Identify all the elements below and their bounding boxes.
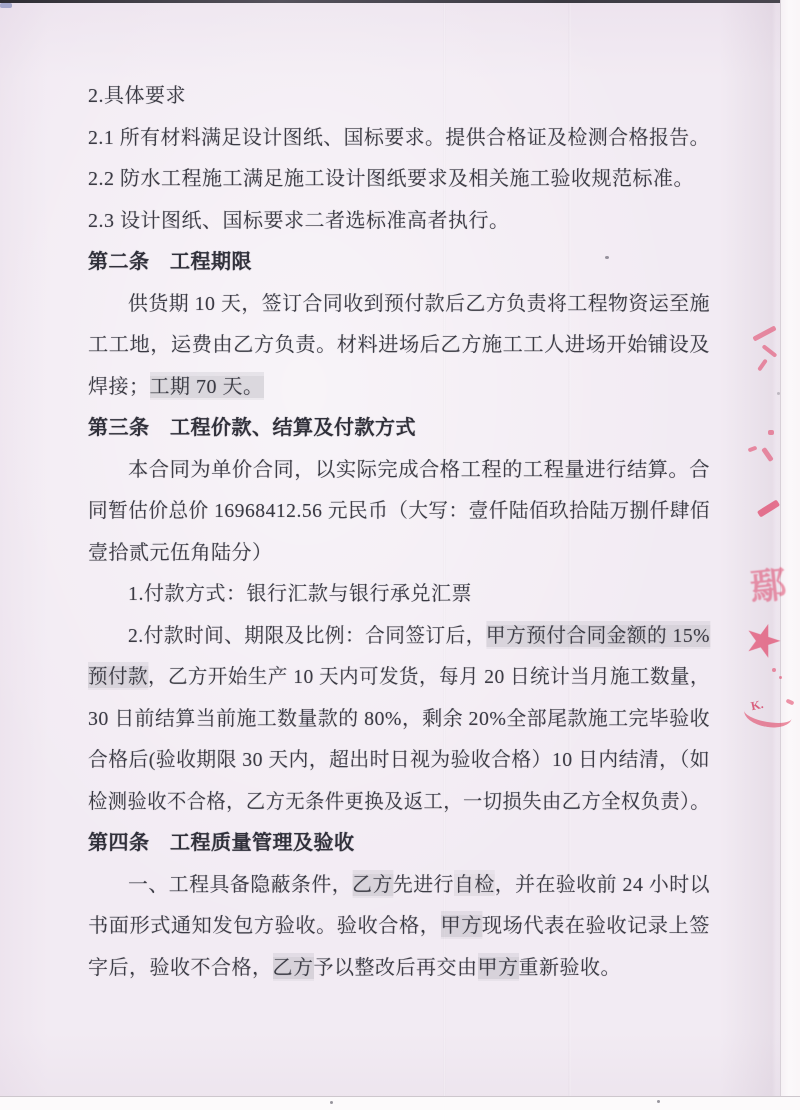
highlighted-text: 乙方 xyxy=(352,874,393,896)
text-line: 检测验收不合格，乙方无条件更换及返工，一切损失由乙方全权负责）。 xyxy=(88,782,710,824)
paper-right-edge xyxy=(780,0,800,1097)
text-line: 30 日前结算当前施工数量款的 80%，剩余 20%全部尾款施工完毕验收 xyxy=(88,699,710,741)
stamp-stroke xyxy=(768,430,774,435)
text-line: 一、工程具备隐蔽条件，乙方先进行自检，并在验收前 24 小时以 xyxy=(88,865,710,907)
text-segment: 先进行 xyxy=(393,874,454,896)
text-segment: 2.具体要求 xyxy=(88,85,186,107)
text-segment: 供货期 10 天，签订合同收到预付款后乙方负责将工程物资运至施 xyxy=(128,293,710,315)
line-text: 2.具体要求 xyxy=(88,76,186,118)
text-segment: 2.付款时间、期限及比例：合同签订后， xyxy=(128,625,486,647)
highlighted-text: 乙方 xyxy=(273,957,314,979)
text-line: 焊接；工期 70 天。 xyxy=(88,367,710,409)
text-line: 壹拾贰元伍角陆分） xyxy=(88,533,710,575)
document-lines: 2.具体要求2.1 所有材料满足设计图纸、国标要求。提供合格证及检测合格报告。2… xyxy=(88,76,710,989)
stamp-stroke xyxy=(752,325,776,341)
line-text: 第三条 工程价款、结算及付款方式 xyxy=(88,408,416,450)
text-line: 合格后(验收期限 30 天内，超出时日视为验收合格）10 日内结清，（如 xyxy=(88,740,710,782)
line-text: 2.3 设计图纸、国标要求二者选标准高者执行。 xyxy=(88,201,510,243)
line-text: 同暂估价总价 16968412.56 元民币（大写：壹仟陆佰玖拾陆万捌仟肆佰 xyxy=(88,491,710,533)
line-text: 2.1 所有材料满足设计图纸、国标要求。提供合格证及检测合格报告。 xyxy=(88,118,710,160)
highlighted-text: 自检 xyxy=(454,874,495,896)
text-segment: 一、工程具备隐蔽条件， xyxy=(128,874,352,896)
highlighted-text: 预付款 xyxy=(88,666,148,688)
line-text: 焊接；工期 70 天。 xyxy=(88,367,264,409)
text-segment: 2.3 设计图纸、国标要求二者选标准高者执行。 xyxy=(88,210,510,232)
dust-speck xyxy=(657,1100,660,1103)
text-line: 本合同为单价合同，以实际完成合格工程的工程量进行结算。合 xyxy=(88,450,710,492)
text-segment: ，并在验收前 24 小时以 xyxy=(495,874,710,896)
line-text: 第二条 工程期限 xyxy=(88,242,252,284)
text-line: 书面形式通知发包方验收。验收合格，甲方现场代表在验收记录上签 xyxy=(88,906,710,948)
paper-bottom-edge xyxy=(0,1096,800,1110)
section-heading: 第三条 工程价款、结算及付款方式 xyxy=(88,408,710,450)
text-line: 2.具体要求 xyxy=(88,76,710,118)
stamp-stroke xyxy=(772,668,776,672)
text-segment: 本合同为单价合同，以实际完成合格工程的工程量进行结算。合 xyxy=(128,459,710,481)
text-segment: ，乙方开始生产 10 天内可发货，每月 20 日统计当月施工数量， xyxy=(148,666,710,688)
text-segment: 焊接； xyxy=(88,376,150,398)
dust-speck xyxy=(777,392,780,395)
text-line: 2.1 所有材料满足设计图纸、国标要求。提供合格证及检测合格报告。 xyxy=(88,118,710,160)
text-segment: 工工地，运费由乙方负责。材料进场后乙方施工工人进场开始铺设及 xyxy=(88,334,710,356)
text-segment: 重新验收。 xyxy=(519,957,622,979)
text-segment: 检测验收不合格，乙方无条件更换及返工，一切损失由乙方全权负责）。 xyxy=(88,791,710,813)
line-text: 壹拾贰元伍角陆分） xyxy=(88,533,273,575)
line-text: 合格后(验收期限 30 天内，超出时日视为验收合格）10 日内结清，（如 xyxy=(88,740,710,782)
line-text: 本合同为单价合同，以实际完成合格工程的工程量进行结算。合 xyxy=(128,450,710,492)
stamp-stroke xyxy=(757,359,768,372)
stamp-stroke xyxy=(757,499,780,517)
stamp-stroke xyxy=(761,447,774,462)
line-text: 预付款，乙方开始生产 10 天内可发货，每月 20 日统计当月施工数量， xyxy=(88,657,710,699)
line-text: 2.2 防水工程施工满足施工设计图纸要求及相关施工验收规范标准。 xyxy=(88,159,694,201)
highlighted-text: 甲方 xyxy=(440,915,481,937)
text-line: 同暂估价总价 16968412.56 元民币（大写：壹仟陆佰玖拾陆万捌仟肆佰 xyxy=(88,491,710,533)
line-text: 一、工程具备隐蔽条件，乙方先进行自检，并在验收前 24 小时以 xyxy=(128,865,710,907)
text-line: 工工地，运费由乙方负责。材料进场后乙方施工工人进场开始铺设及 xyxy=(88,325,710,367)
line-text: 30 日前结算当前施工数量款的 80%，剩余 20%全部尾款施工完毕验收 xyxy=(88,699,710,741)
line-text: 2.付款时间、期限及比例：合同签订后，甲方预付合同金额的 15% xyxy=(128,616,710,658)
line-text: 书面形式通知发包方验收。验收合格，甲方现场代表在验收记录上签 xyxy=(88,906,710,948)
text-segment: 合格后(验收期限 30 天内，超出时日视为验收合格）10 日内结清，（如 xyxy=(88,749,710,771)
section-heading: 第二条 工程期限 xyxy=(88,242,710,284)
stamp-stroke xyxy=(762,344,778,358)
text-line: 字后，验收不合格，乙方予以整改后再交由甲方重新验收。 xyxy=(88,948,710,990)
line-text: 1.付款方式：银行汇款与银行承兑汇票 xyxy=(128,574,472,616)
text-segment: 1.付款方式：银行汇款与银行承兑汇票 xyxy=(128,583,472,605)
stamp-seal-text: K. xyxy=(750,697,765,714)
line-text: 字后，验收不合格，乙方予以整改后再交由甲方重新验收。 xyxy=(88,948,621,990)
text-segment: 第四条 工程质量管理及验收 xyxy=(88,832,355,854)
stamp-stroke xyxy=(748,446,758,453)
scan-top-edge xyxy=(0,0,800,3)
dust-speck xyxy=(330,1101,333,1104)
text-segment: 第二条 工程期限 xyxy=(88,251,252,273)
line-text: 检测验收不合格，乙方无条件更换及返工，一切损失由乙方全权负责）。 xyxy=(88,782,710,824)
text-line: 2.付款时间、期限及比例：合同签订后，甲方预付合同金额的 15% xyxy=(88,616,710,658)
line-text: 工工地，运费由乙方负责。材料进场后乙方施工工人进场开始铺设及 xyxy=(88,325,710,367)
text-segment: 予以整改后再交由 xyxy=(314,957,478,979)
text-segment: 字后，验收不合格， xyxy=(88,957,273,979)
highlighted-text: 工期 70 天。 xyxy=(150,376,264,398)
text-segment: 第三条 工程价款、结算及付款方式 xyxy=(88,417,416,439)
text-segment: 2.1 所有材料满足设计图纸、国标要求。提供合格证及检测合格报告。 xyxy=(88,127,710,149)
text-line: 1.付款方式：银行汇款与银行承兑汇票 xyxy=(88,574,710,616)
text-line: 供货期 10 天，签订合同收到预付款后乙方负责将工程物资运至施 xyxy=(88,284,710,326)
text-segment: 同暂估价总价 16968412.56 元民币（大写：壹仟陆佰玖拾陆万捌仟肆佰 xyxy=(88,500,710,522)
section-heading: 第四条 工程质量管理及验收 xyxy=(88,823,710,865)
scanned-contract-page: 2.具体要求2.1 所有材料满足设计图纸、国标要求。提供合格证及检测合格报告。2… xyxy=(0,0,800,1110)
text-segment: 书面形式通知发包方验收。验收合格， xyxy=(88,915,440,937)
scan-artifact xyxy=(0,3,12,8)
highlighted-text: 甲方预付合同金额的 15% xyxy=(486,625,710,647)
text-line: 2.2 防水工程施工满足施工设计图纸要求及相关施工验收规范标准。 xyxy=(88,159,710,201)
highlighted-text: 甲方 xyxy=(478,957,519,979)
text-segment: 30 日前结算当前施工数量款的 80%，剩余 20%全部尾款施工完毕验收 xyxy=(88,708,710,730)
line-text: 供货期 10 天，签订合同收到预付款后乙方负责将工程物资运至施 xyxy=(128,284,710,326)
line-text: 第四条 工程质量管理及验收 xyxy=(88,823,355,865)
text-segment: 壹拾贰元伍角陆分） xyxy=(88,542,273,564)
text-segment: 2.2 防水工程施工满足施工设计图纸要求及相关施工验收规范标准。 xyxy=(88,168,694,190)
text-line: 预付款，乙方开始生产 10 天内可发货，每月 20 日统计当月施工数量， xyxy=(88,657,710,699)
text-line: 2.3 设计图纸、国标要求二者选标准高者执行。 xyxy=(88,201,710,243)
text-segment: 现场代表在验收记录上签 xyxy=(482,915,710,937)
